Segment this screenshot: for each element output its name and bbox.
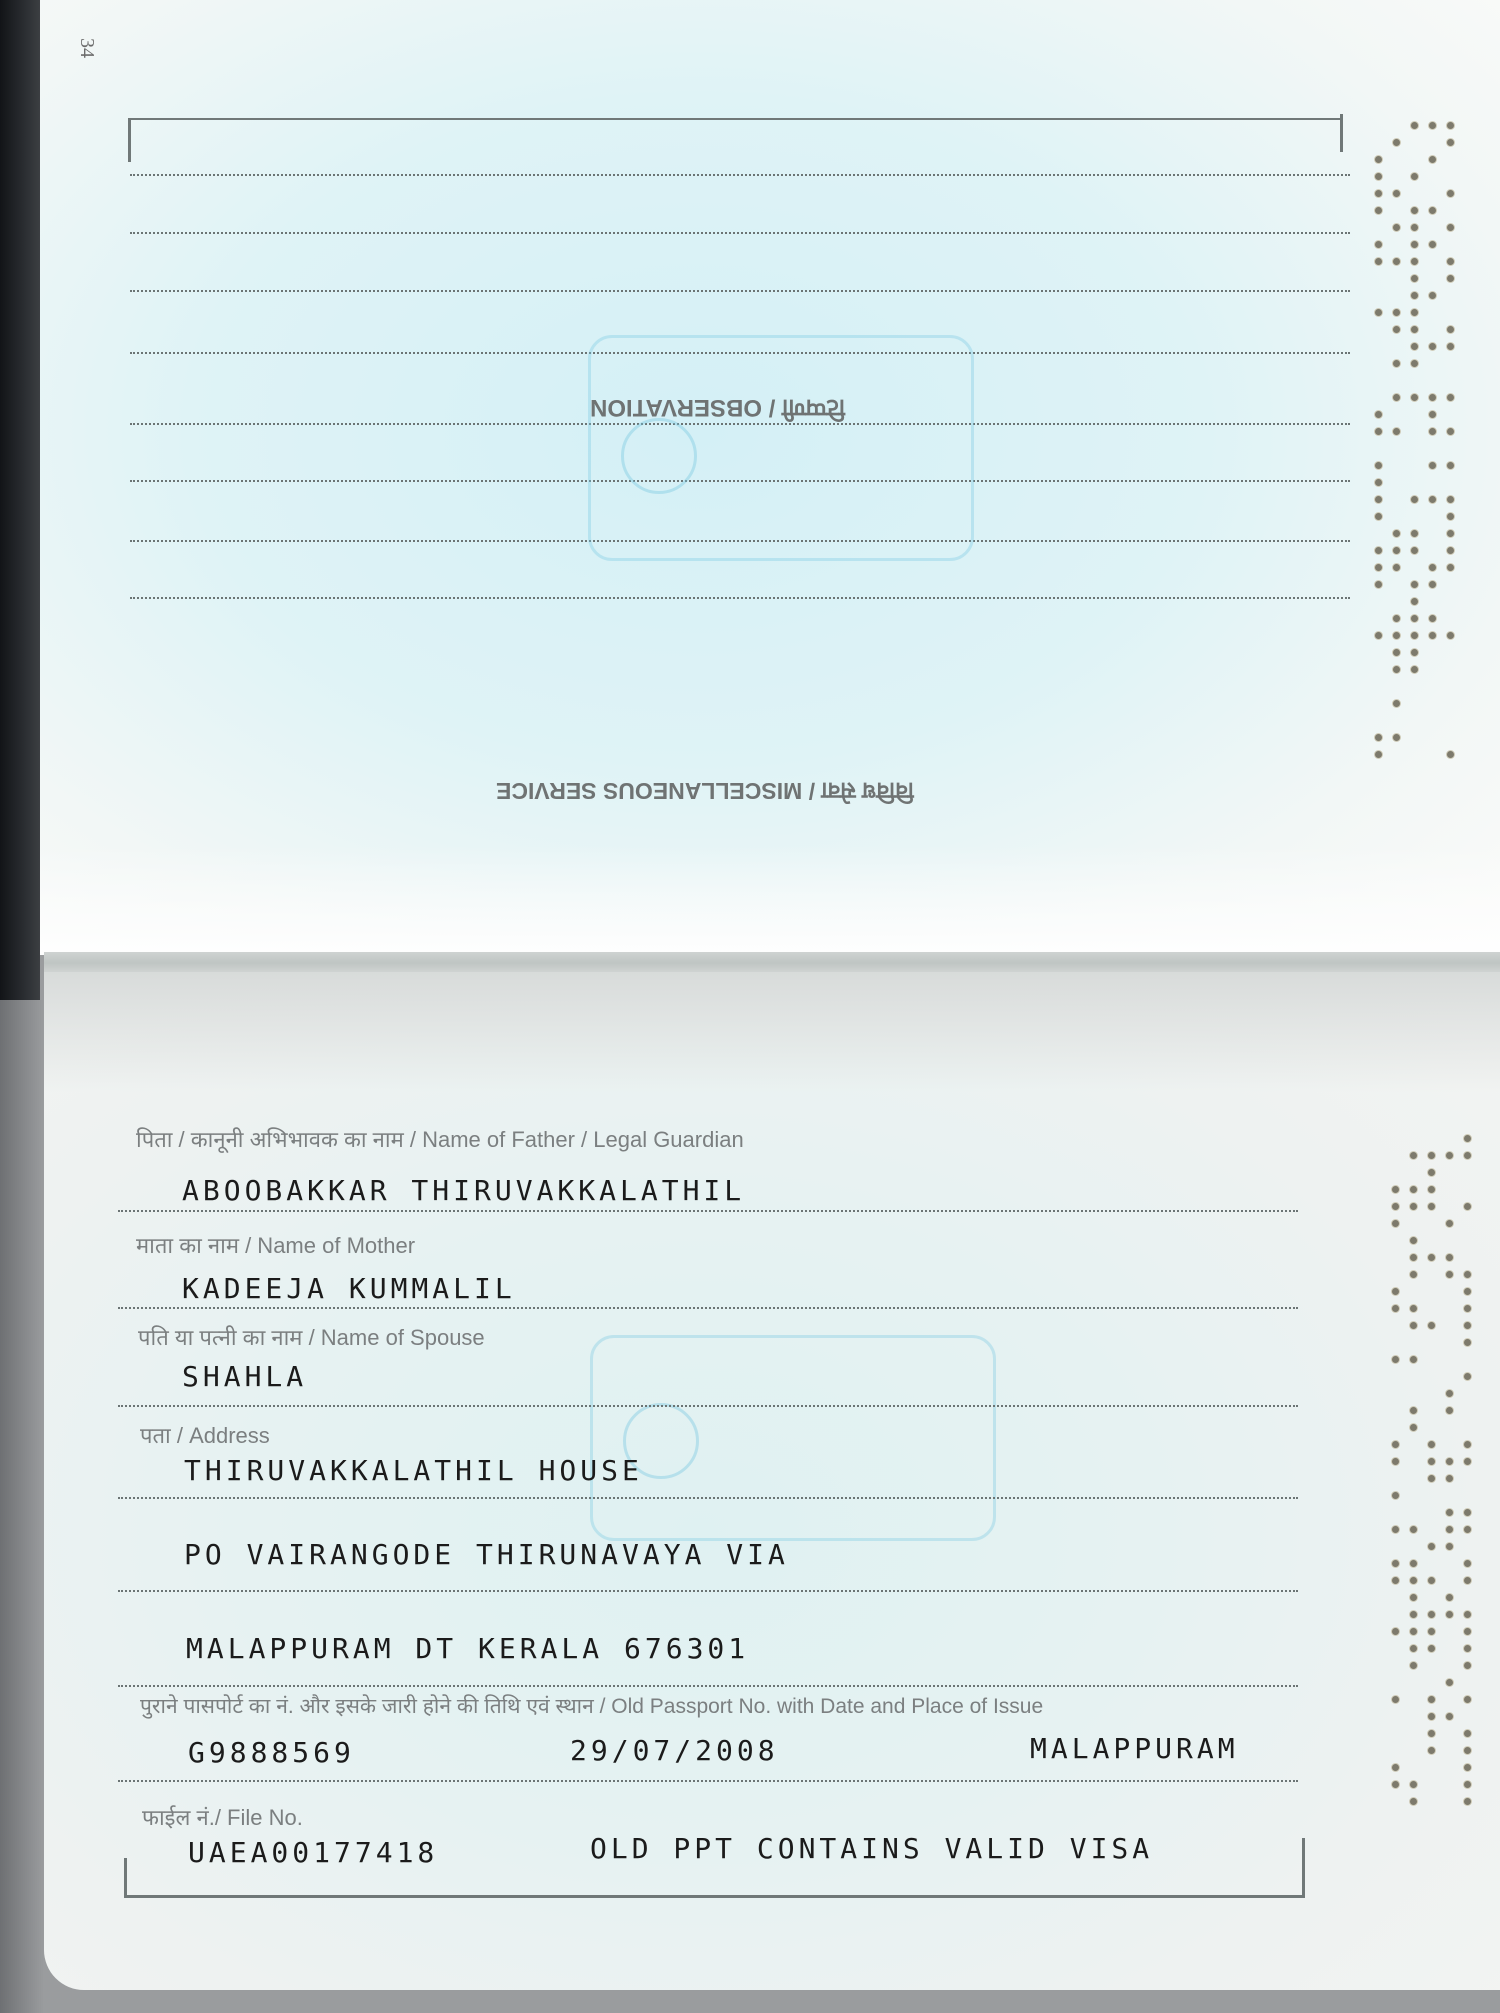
page-fold (44, 952, 1500, 974)
emblem-watermark-lower (590, 1335, 996, 1541)
spouse-value: SHAHLA (182, 1360, 307, 1393)
ruled-line (118, 1405, 1298, 1407)
scanner-background (0, 1000, 44, 2013)
file-no-remark: OLD PPT CONTAINS VALID VISA (590, 1832, 1153, 1865)
lower-frame-bottom (124, 1895, 1304, 1898)
emblem-watermark-upper (588, 335, 974, 561)
address-line-2: PO VAIRANGODE THIRUNAVAYA VIA (184, 1538, 789, 1571)
old-passport-number: G9888569 (188, 1736, 355, 1769)
address-line-3: MALAPPURAM DT KERALA 676301 (186, 1632, 749, 1665)
page-number: 34 (75, 38, 98, 58)
old-passport-place: MALAPPURAM (1030, 1732, 1239, 1765)
upper-frame-left (128, 118, 131, 162)
address-line-1: THIRUVAKKALATHIL HOUSE (184, 1454, 643, 1487)
lower-frame-left (124, 1858, 127, 1898)
father-value: ABOOBAKKAR THIRUVAKKALATHIL (182, 1174, 745, 1207)
ruled-line (118, 1210, 1298, 1212)
ruled-line (118, 1307, 1298, 1309)
spouse-label: पति या पत्नी का नाम / Name of Spouse (138, 1322, 485, 1352)
mother-value: KADEEJA KUMMALIL (182, 1272, 516, 1305)
old-passport-label: पुराने पासपोर्ट का नं. और इसके जारी होने… (140, 1692, 1043, 1720)
lower-frame-right (1302, 1838, 1305, 1898)
file-no-label: फाईल नं./ File No. (142, 1802, 303, 1832)
upper-frame-top (128, 118, 1343, 120)
ruled-line (130, 232, 1350, 234)
address-label: पता / Address (140, 1420, 270, 1450)
ruled-line (118, 1590, 1298, 1592)
ruled-line (118, 1780, 1298, 1782)
upper-frame-right (1340, 114, 1343, 152)
father-label: पिता / कानूनी अभिभावक का नाम / Name of F… (136, 1124, 744, 1154)
ruled-line (130, 174, 1350, 176)
ruled-line (130, 290, 1350, 292)
file-no-value: UAEA00177418 (188, 1836, 438, 1869)
old-passport-date: 29/07/2008 (570, 1734, 779, 1767)
mother-label: माता का नाम / Name of Mother (136, 1230, 415, 1260)
ruled-line (118, 1685, 1298, 1687)
ruled-line (130, 597, 1350, 599)
binding-spine (0, 0, 40, 1000)
observation-heading: टिप्पणी / OBSERVATION (590, 392, 845, 425)
ruled-line (118, 1497, 1298, 1499)
misc-service-heading: विविध सेवा / MISCELLANEOUS SERVICE (496, 776, 914, 808)
